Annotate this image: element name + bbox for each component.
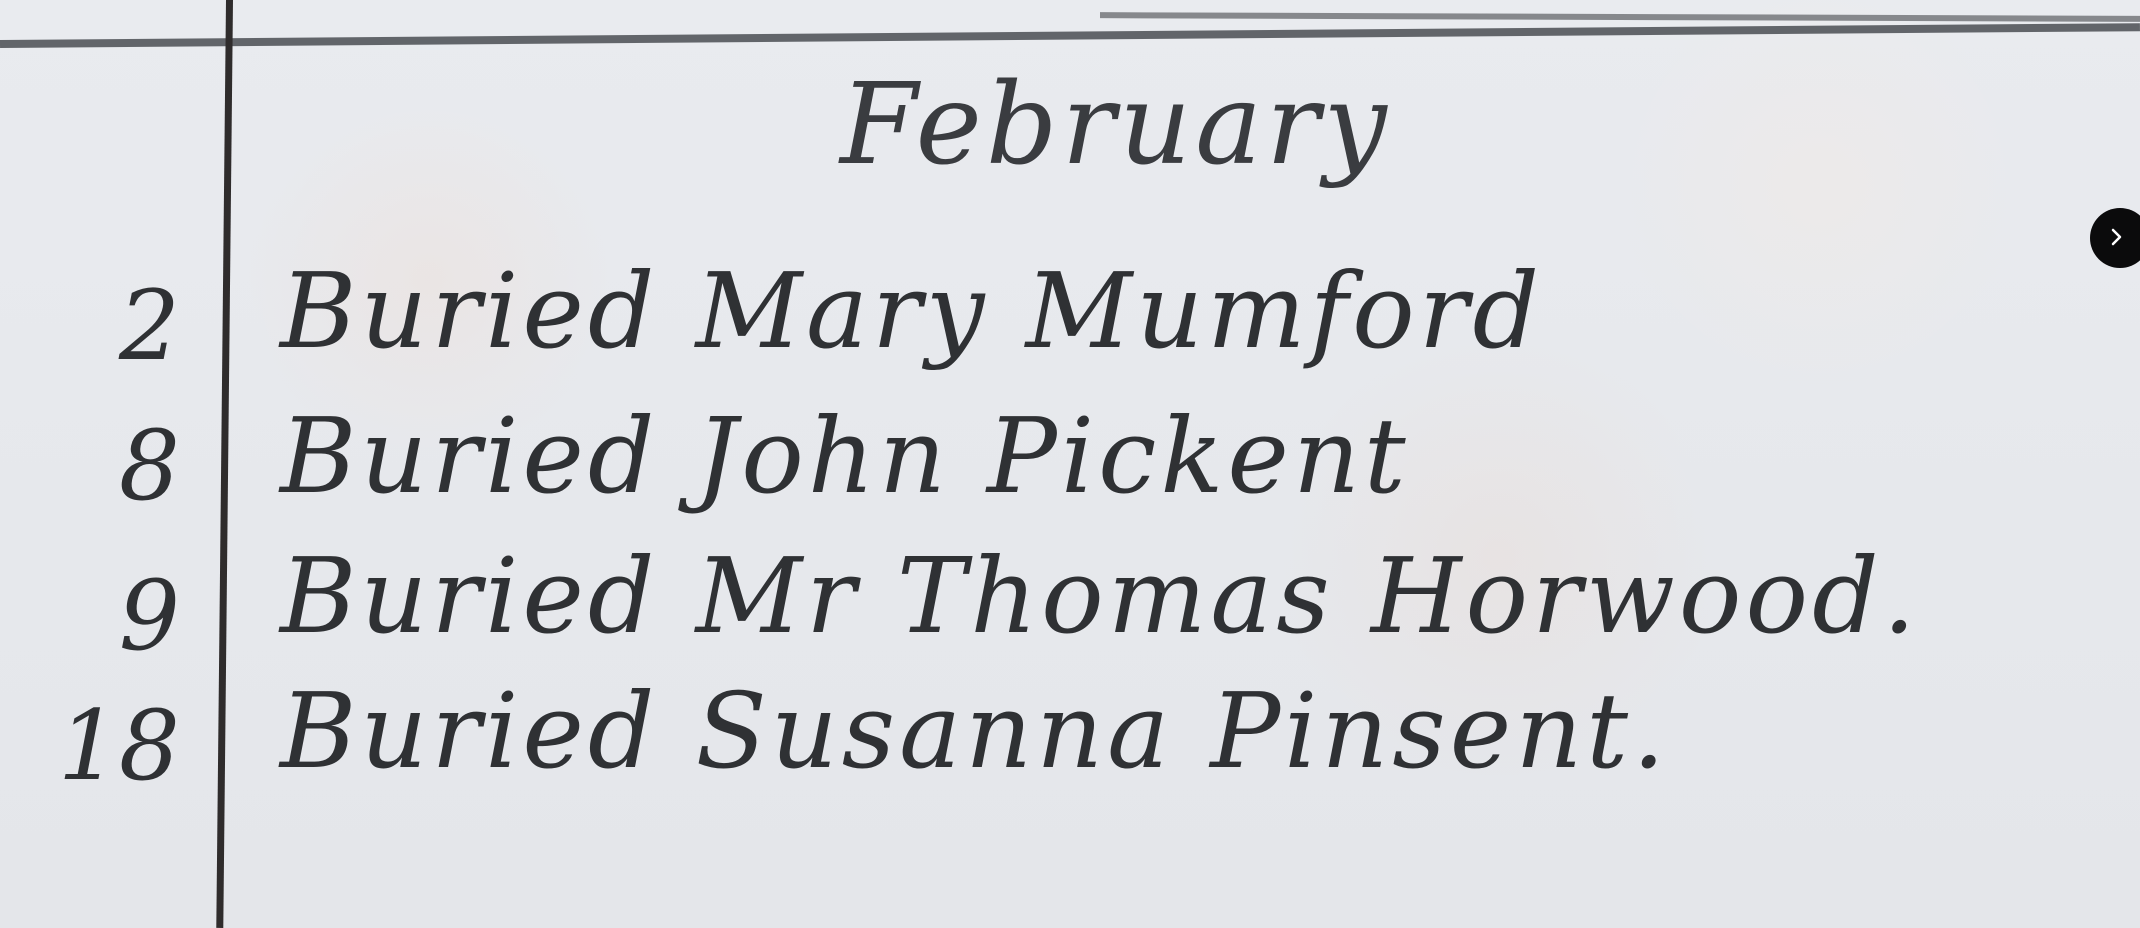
date-column-divider [216,0,233,928]
entry-day: 9 [10,560,180,672]
next-image-button[interactable] [2090,208,2140,268]
entry-text: Buried Susanna Pinsent. [280,670,1669,792]
entry-day: 18 [10,690,180,802]
month-heading: February [840,60,1391,190]
entry-text: Buried John Pickent [280,395,1410,517]
entry-day: 8 [10,410,180,522]
top-rule-line [1100,12,2140,22]
chevron-right-icon [2112,225,2128,252]
header-rule-line [0,23,2140,48]
entry-day: 2 [10,270,180,382]
entry-text: Buried Mr Thomas Horwood. [280,535,1920,657]
entry-text: Buried Mary Mumford [280,250,1543,372]
